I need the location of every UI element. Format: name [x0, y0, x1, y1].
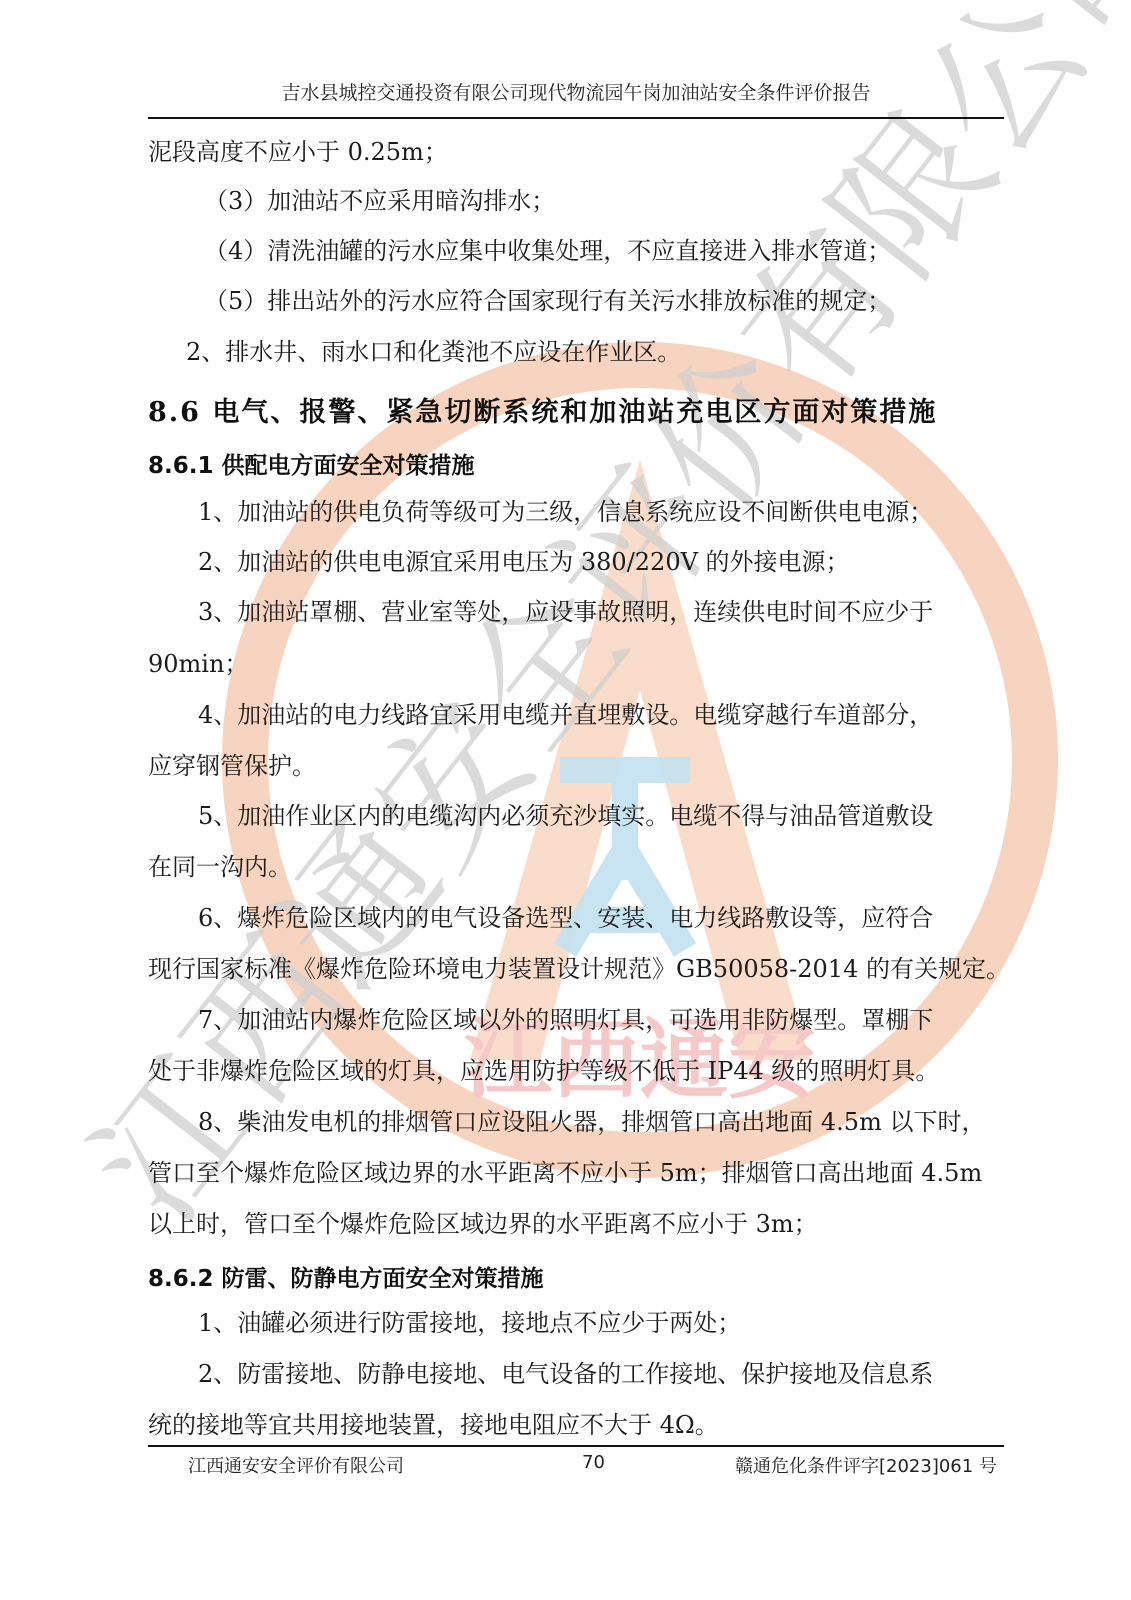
list-item-continuation: 以上时，管口至个爆炸危险区域边界的水平距离不应小于 3m； — [148, 1209, 818, 1239]
footer-doc-number: 赣通危化条件评字[2023]061 号 — [735, 1452, 997, 1478]
list-item: 3、加油站罩棚、营业室等处，应设事故照明，连续供电时间不应少于 — [198, 597, 933, 627]
list-item-continuation: 处于非爆炸危险区域的灯具，应选用防护等级不低于 IP44 级的照明灯具。 — [148, 1056, 939, 1086]
list-item: 4、加油站的电力线路宜采用电缆并直埋敷设。电缆穿越行车道部分， — [198, 700, 933, 730]
document-content: 吉水县城控交通投资有限公司现代物流园午岗加油站安全条件评价报告 泥段高度不应小于… — [0, 0, 1131, 1600]
list-item-continuation: 现行国家标准《爆炸危险环境电力装置设计规范》GB50058-2014 的有关规定… — [148, 954, 1010, 984]
paragraph-line: （4）清洗油罐的污水应集中收集处理，不应直接进入排水管道； — [204, 236, 891, 266]
paragraph-line: （5）排出站外的污水应符合国家现行有关污水排放标准的规定； — [204, 286, 891, 316]
footer-rule — [148, 1445, 1004, 1447]
running-header: 吉水县城控交通投资有限公司现代物流园午岗加油站安全条件评价报告 — [148, 78, 1004, 105]
list-item: 8、柴油发电机的排烟管口应设阻火器，排烟管口高出地面 4.5m 以下时， — [198, 1107, 985, 1137]
list-item: 2、防雷接地、防静电接地、电气设备的工作接地、保护接地及信息系 — [198, 1359, 933, 1389]
list-item: 1、加油站的供电负荷等级可为三级，信息系统应设不间断供电电源； — [198, 497, 933, 527]
section-heading-8-6: 8.6 电气、报警、紧急切断系统和加油站充电区方面对策措施 — [148, 390, 937, 429]
subsection-heading-8-6-1: 8.6.1 供配电方面安全对策措施 — [148, 447, 475, 480]
list-item: 1、油罐必须进行防雷接地，接地点不应少于两处； — [198, 1308, 741, 1338]
paragraph-line: 2、排水井、雨水口和化粪池不应设在作业区。 — [186, 337, 681, 367]
paragraph-line: （3）加油站不应采用暗沟排水； — [204, 186, 555, 216]
list-item: 2、加油站的供电电源宜采用电压为 380/220V 的外接电源； — [198, 547, 850, 577]
footer-company: 江西通安安全评价有限公司 — [188, 1452, 404, 1478]
header-rule — [148, 117, 1004, 119]
list-item-continuation: 应穿钢管保护。 — [148, 751, 316, 781]
document-page: 江西通安 江西通安全评价有限公司 吉水县城控交通投资有限公司现代物流园午岗加油站… — [0, 0, 1131, 1600]
list-item-continuation: 90min； — [148, 649, 248, 679]
list-item: 7、加油站内爆炸危险区域以外的照明灯具，可选用非防爆型。罩棚下 — [198, 1005, 933, 1035]
list-item: 6、爆炸危险区域内的电气设备选型、安装、电力线路敷设等，应符合 — [198, 903, 933, 933]
list-item-continuation: 在同一沟内。 — [148, 852, 292, 882]
list-item-continuation: 统的接地等宜共用接地装置，接地电阻应不大于 4Ω。 — [148, 1410, 719, 1440]
list-item-continuation: 管口至个爆炸危险区域边界的水平距离不应小于 5m；排烟管口高出地面 4.5m — [148, 1158, 982, 1188]
footer-page-number: 70 — [582, 1452, 605, 1473]
list-item: 5、加油作业区内的电缆沟内必须充沙填实。电缆不得与油品管道敷设 — [198, 801, 933, 831]
subsection-heading-8-6-2: 8.6.2 防雷、防静电方面安全对策措施 — [148, 1260, 544, 1293]
paragraph-line: 泥段高度不应小于 0.25m； — [148, 137, 448, 167]
